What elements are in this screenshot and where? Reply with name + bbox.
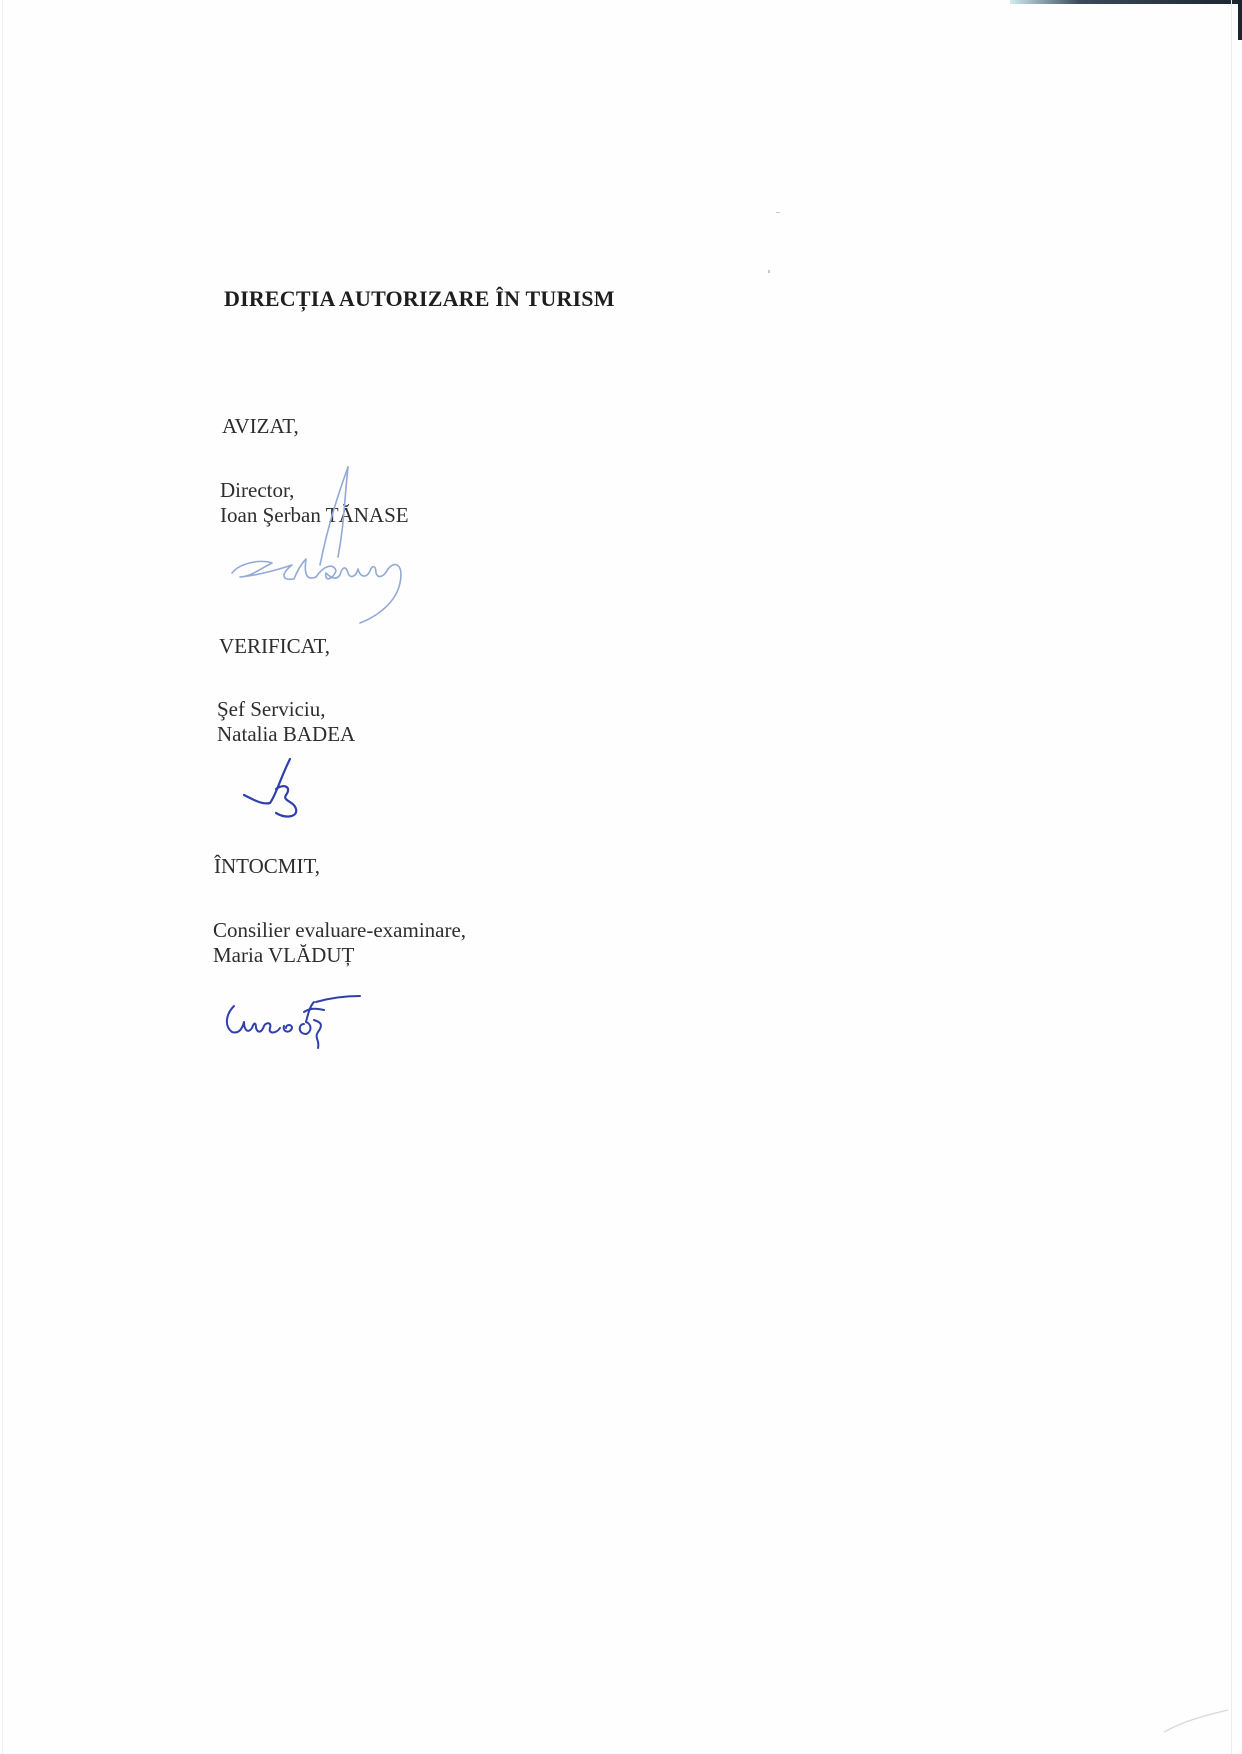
scan-edge-right: [1238, 0, 1242, 40]
signer-role-director: Director,: [220, 478, 294, 503]
section-heading-avizat: AVIZAT,: [222, 414, 299, 439]
scan-edge-line-right: [1231, 0, 1232, 1754]
scan-edge-top: [1010, 0, 1242, 4]
signer-role-sef-serviciu: Şef Serviciu,: [217, 697, 325, 722]
signature-vladut-icon: [220, 994, 370, 1054]
scan-artifact-stroke: [1162, 1704, 1232, 1734]
signer-role-consilier: Consilier evaluare-examinare,: [213, 918, 466, 943]
signature-badea-icon: [240, 755, 320, 825]
scanned-page: DIRECȚIA AUTORIZARE ÎN TURISM AVIZAT, Di…: [0, 0, 1242, 1754]
section-heading-intocmit: ÎNTOCMIT,: [214, 854, 320, 879]
signer-name-tanase: Ioan Şerban TĂNASE: [220, 503, 409, 528]
department-title: DIRECȚIA AUTORIZARE ÎN TURISM: [224, 286, 615, 312]
scan-speck: [776, 212, 780, 213]
section-heading-verificat: VERIFICAT,: [219, 634, 330, 659]
signer-name-badea: Natalia BADEA: [217, 722, 355, 747]
signer-name-vladut: Maria VLĂDUȚ: [213, 943, 354, 968]
scan-speck: [768, 270, 770, 273]
scan-edge-line-left: [2, 0, 3, 1754]
